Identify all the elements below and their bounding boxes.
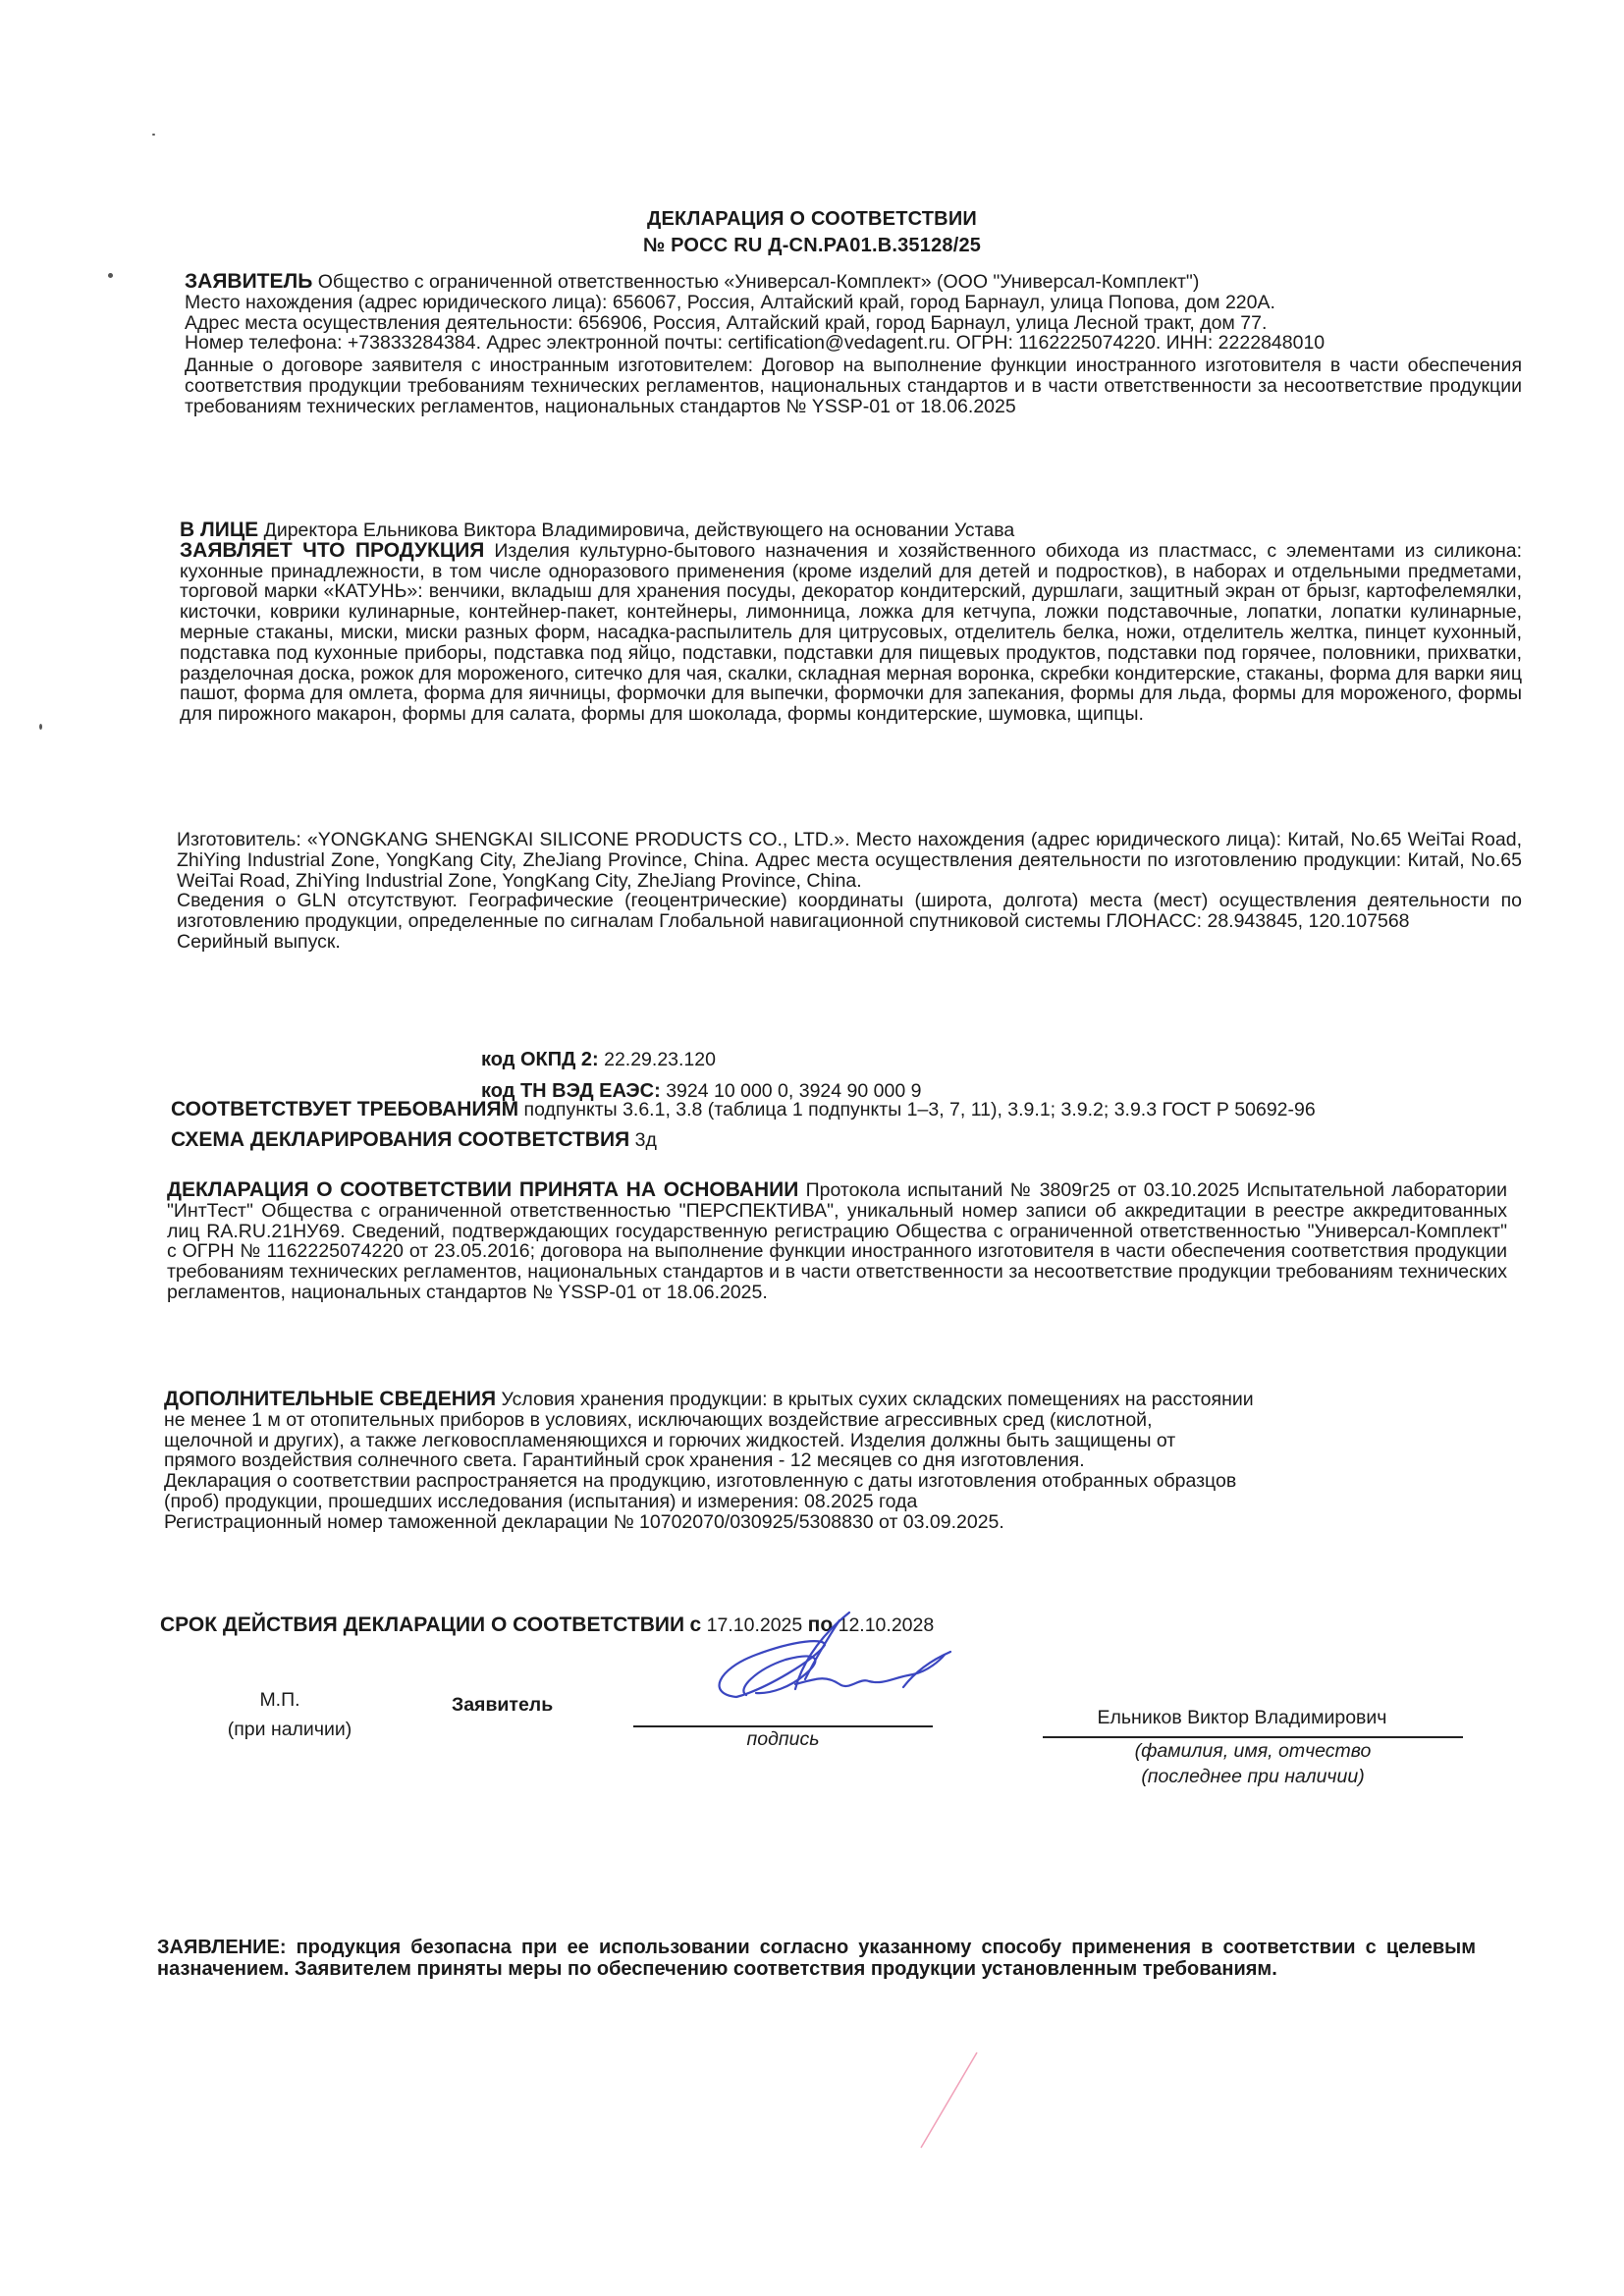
okpd-label: код ОКПД 2: <box>481 1049 599 1070</box>
applicant-contract: Данные о договоре заявителя с иностранны… <box>185 355 1522 416</box>
applicant-name: Общество с ограниченной ответственностью… <box>318 271 1200 293</box>
scheme-label: СХЕМА ДЕКЛАРИРОВАНИЯ СООТВЕТСТВИЯ <box>171 1128 629 1151</box>
scan-speck <box>39 724 42 730</box>
statement-label: ЗАЯВЛЕНИЕ: <box>157 1937 286 1958</box>
product-text: Изделия культурно-бытового назначения и … <box>180 540 1522 725</box>
additional-line: прямого воздействия солнечного света. Га… <box>164 1450 1539 1471</box>
additional-section: ДОПОЛНИТЕЛЬНЫЕ СВЕДЕНИЯ Условия хранения… <box>164 1390 1539 1533</box>
additional-label: ДОПОЛНИТЕЛЬНЫЕ СВЕДЕНИЯ <box>164 1388 496 1410</box>
requirements-label: СООТВЕТСТВУЕТ ТРЕБОВАНИЯМ <box>171 1098 518 1121</box>
okpd-code: код ОКПД 2: 22.29.23.120 <box>481 1049 716 1071</box>
scheme-value: 3д <box>635 1129 657 1151</box>
additional-line: (проб) продукции, прошедших исследования… <box>164 1492 1539 1512</box>
applicant-activity-address: Адрес места осуществления деятельности: … <box>185 313 1522 334</box>
pink-mark <box>913 2048 982 2156</box>
applicant-label: ЗАЯВИТЕЛЬ <box>185 270 312 293</box>
manufacturer-text: Изготовитель: «YONGKANG SHENGKAI SILICON… <box>177 830 1522 891</box>
additional-line: Условия хранения продукции: в крытых сух… <box>502 1389 1254 1410</box>
gln-text: Сведения о GLN отсутствуют. Географическ… <box>177 891 1522 932</box>
statement-text: продукция безопасна при ее использовании… <box>157 1937 1476 1980</box>
additional-line: Регистрационный номер таможенной деклара… <box>164 1512 1539 1533</box>
additional-line: не менее 1 м от отопительных приборов в … <box>164 1410 1539 1431</box>
okpd-value: 22.29.23.120 <box>604 1049 716 1070</box>
signature-caption: подпись <box>633 1728 933 1751</box>
name-caption-1: (фамилия, имя, отчество <box>1043 1740 1463 1763</box>
requirements-text: подпункты 3.6.1, 3.8 (таблица 1 подпункт… <box>524 1099 1316 1121</box>
statement-section: ЗАЯВЛЕНИЕ: продукция безопасна при ее ис… <box>157 1937 1476 1980</box>
product-label: ЗАЯВЛЯЕТ ЧТО ПРОДУКЦИЯ <box>180 539 484 562</box>
declaration-page: ДЕКЛАРАЦИЯ О СООТВЕТСТВИИ № РОСС RU Д-CN… <box>0 0 1624 2296</box>
name-caption-2: (последнее при наличии) <box>1043 1766 1463 1788</box>
additional-line: Декларация о соответствии распространяет… <box>164 1471 1539 1492</box>
document-number: № РОСС RU Д-CN.PA01.B.35128/25 <box>0 235 1624 257</box>
represented-by-text: Директора Ельникова Виктора Владимирович… <box>264 519 1015 541</box>
signer-name: Ельников Виктор Владимирович <box>1046 1707 1438 1729</box>
product-section: В ЛИЦЕ Директора Ельникова Виктора Влади… <box>180 520 1522 725</box>
basis-section: ДЕКЛАРАЦИЯ О СООТВЕТСТВИИ ПРИНЯТА НА ОСН… <box>167 1180 1507 1303</box>
applicant-legal-address: Место нахождения (адрес юридического лиц… <box>185 293 1522 313</box>
scan-speck <box>152 134 155 136</box>
stamp-note: (при наличии) <box>221 1719 358 1741</box>
basis-label: ДЕКЛАРАЦИЯ О СООТВЕТСТВИИ ПРИНЯТА НА ОСН… <box>167 1178 798 1201</box>
release-type: Серийный выпуск. <box>177 932 1522 953</box>
stamp-label: М.П. <box>221 1689 339 1712</box>
applicant-contacts: Номер телефона: +73833284384. Адрес элек… <box>185 333 1522 354</box>
represented-by-label: В ЛИЦЕ <box>180 519 258 541</box>
scan-speck <box>108 273 113 278</box>
applicant-section: ЗАЯВИТЕЛЬ Общество с ограниченной ответс… <box>185 272 1522 417</box>
handwritten-signature <box>677 1601 972 1719</box>
requirements-section: СООТВЕТСТВУЕТ ТРЕБОВАНИЯМ подпункты 3.6.… <box>171 1100 1516 1151</box>
name-line <box>1043 1736 1463 1738</box>
manufacturer-section: Изготовитель: «YONGKANG SHENGKAI SILICON… <box>177 830 1522 953</box>
additional-line: щелочной и других), а также легковосплам… <box>164 1431 1539 1451</box>
signature-line <box>633 1725 933 1727</box>
validity-label: СРОК ДЕЙСТВИЯ ДЕКЛАРАЦИИ О СООТВЕТСТВИИ <box>160 1613 684 1636</box>
applicant-signature-label: Заявитель <box>452 1694 553 1717</box>
document-title: ДЕКЛАРАЦИЯ О СООТВЕТСТВИИ <box>0 208 1624 231</box>
